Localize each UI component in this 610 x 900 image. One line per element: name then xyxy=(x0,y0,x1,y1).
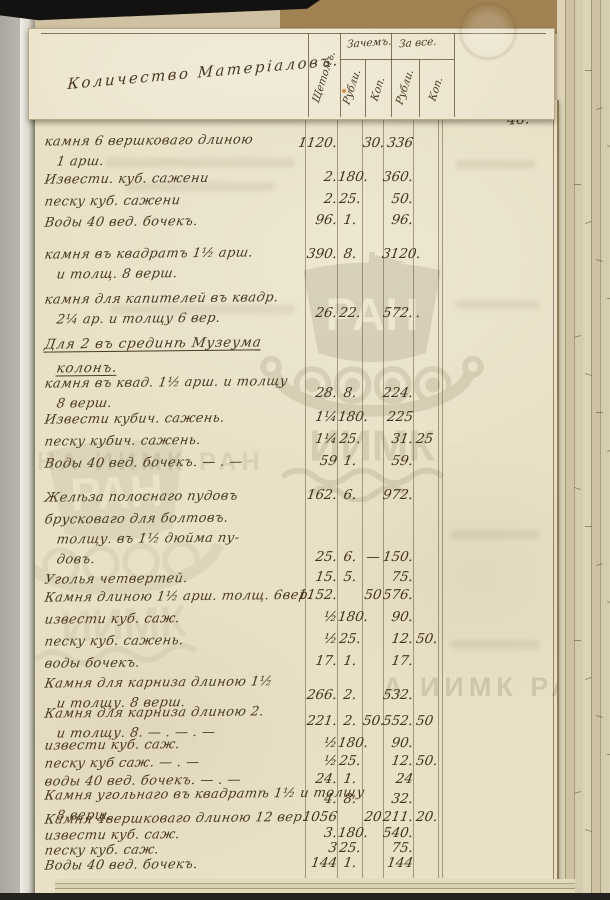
qty-value: 25. xyxy=(292,548,339,566)
rub2-value: 144 xyxy=(381,854,415,872)
kop2-value: 50. xyxy=(415,752,442,770)
fore-edge-mark xyxy=(596,259,603,262)
ledger-page: 46. РАН ИИМК xyxy=(35,100,559,895)
fore-edge-mark xyxy=(596,412,603,413)
qty-value: ½ xyxy=(292,734,339,752)
archival-photo: 46. РАН ИИМК xyxy=(0,0,610,900)
rub1-value: 25. xyxy=(337,430,364,448)
fore-edge-mark xyxy=(585,526,592,527)
rub2-value: 31. xyxy=(381,430,415,448)
column-header-kop: Коп. xyxy=(363,56,394,120)
rub1-value: 180. xyxy=(337,168,364,186)
rub2-value: 50. xyxy=(381,190,415,208)
fore-edge-mark xyxy=(574,487,581,490)
binding-edge xyxy=(20,0,35,900)
rub1-value: 6. xyxy=(337,548,364,566)
ledger-row: камня 6 вершковаго длиною1 арш.1120.30.3… xyxy=(35,130,557,170)
page-title: Количество Матеріаловъ. xyxy=(67,51,340,93)
rub1-value: 5. xyxy=(337,568,364,586)
qty-value: ½ xyxy=(292,752,339,770)
kop2-value: 50. xyxy=(415,630,442,648)
fore-edge-mark xyxy=(596,715,603,718)
rub1-value: 22. xyxy=(337,304,364,322)
rub1-value: 6. xyxy=(337,486,364,504)
column-rule xyxy=(419,59,420,117)
photo-backdrop xyxy=(0,0,22,900)
ledger-row: камня въ квадратъ 1½ арш.и толщ. 8 верш.… xyxy=(35,243,557,283)
fore-edge-mark xyxy=(585,221,592,224)
rub1-value: 180. xyxy=(337,734,364,752)
embossed-seal xyxy=(452,0,524,64)
rub1-value: 8. xyxy=(337,790,364,808)
rub2-value: 90. xyxy=(381,734,415,752)
rub2-value: 32. xyxy=(381,790,415,808)
rub1-value: 2. xyxy=(337,712,364,730)
qty-value: 4. xyxy=(292,790,339,808)
entry-text: и толщ. 8 верш. xyxy=(35,260,559,285)
qty-value: 390. xyxy=(292,245,339,263)
column-header-kop: Коп. xyxy=(421,56,452,120)
desk-shadow xyxy=(0,893,610,900)
rub1-value: 1. xyxy=(337,652,364,670)
column-header-rub: Рубли. xyxy=(337,54,368,120)
qty-value: 17. xyxy=(292,652,339,670)
ledger-row: Желѣза полоснаго пудовъ162.6.972. xyxy=(35,486,557,506)
rub2-value: 17. xyxy=(381,652,415,670)
rub2-value: 336 xyxy=(381,134,415,152)
fore-edge-mark xyxy=(585,373,592,376)
rub2-value: 12. xyxy=(381,752,415,770)
ledger-row: песку куб. сажени2.25.50. xyxy=(35,190,557,210)
qty-value: 221. xyxy=(292,712,339,730)
fore-edge-mark xyxy=(574,791,581,794)
rub2-value: 225 xyxy=(381,408,415,426)
qty-value: 144 xyxy=(292,854,339,872)
rub2-value: 96. xyxy=(381,211,415,229)
qty-value: 2. xyxy=(292,190,339,208)
ledger-row: песку куб. сажень.½25.12.50. xyxy=(35,630,557,650)
qty-value: ½ xyxy=(292,630,339,648)
page-edge-line xyxy=(553,100,554,895)
rub2-value: 59. xyxy=(381,452,415,470)
fore-edge-mark xyxy=(585,829,592,832)
rub1-value: 1. xyxy=(337,211,364,229)
rub1-value: 1. xyxy=(337,452,364,470)
kop2-value: 25 xyxy=(415,430,442,448)
fore-edge-mark xyxy=(574,640,581,641)
kop2-value: 50 xyxy=(415,712,442,730)
column-header-total-group: За все. xyxy=(399,36,437,51)
fore-edge-mark xyxy=(585,70,592,71)
ledger-row: камня для капителей въ квадр.2¼ ар. и то… xyxy=(35,288,557,328)
ledger-row: Камня длиною 1½ арш. толщ. 6вер.1152.505… xyxy=(35,586,557,606)
rub1-value: 1. xyxy=(337,854,364,872)
fore-edge-mark xyxy=(596,563,603,566)
bottom-page-edges xyxy=(55,879,575,894)
rub2-value: 150. xyxy=(381,548,415,566)
rub1-value: 25. xyxy=(337,190,364,208)
rub1-value: 180. xyxy=(337,608,364,626)
ledger-row: Воды 40 вед. бочекъ.96.1.96. xyxy=(35,211,557,231)
rub1-value: 8. xyxy=(337,245,364,263)
qty-value: 1120. xyxy=(292,134,339,152)
ledger-row: Воды 40 вед. бочекъ.1441.144 xyxy=(35,854,557,874)
qty-value: 96. xyxy=(292,211,339,229)
qty-value: 28. xyxy=(292,384,339,402)
fore-edge-mark xyxy=(596,107,603,110)
kop2-value: . xyxy=(415,304,442,322)
ledger-row: песку кубич. сажень.1¼25.31.25 xyxy=(35,430,557,450)
qty-value: 1152. xyxy=(292,586,339,604)
qty-value: 26. xyxy=(292,304,339,322)
qty-value: ½ xyxy=(292,608,339,626)
ledger-row: воды бочекъ.17.1.17. xyxy=(35,652,557,672)
ledger-row: Извести кубич. сажень.1¼180.225 xyxy=(35,408,557,428)
book-fore-edge xyxy=(557,0,610,894)
fore-edge-mark xyxy=(574,335,581,338)
fore-edge-mark xyxy=(585,677,592,680)
ledger-row: Извести. куб. сажени2.180.360. xyxy=(35,168,557,188)
ledger-row: извести куб. саж.½180.90. xyxy=(35,608,557,628)
qty-value: 59 xyxy=(292,452,339,470)
rub2-value: 3120. xyxy=(381,245,415,263)
ledger-row: брусковаго для болтовъ.толщу. въ 1½ дюйм… xyxy=(35,508,557,568)
rub2-value: 224. xyxy=(381,384,415,402)
rub1-value: 25. xyxy=(337,752,364,770)
column-header-price-group: Зачемъ. xyxy=(347,35,392,50)
rub2-value: 90. xyxy=(381,608,415,626)
rub2-value: 75. xyxy=(381,568,415,586)
qty-value: 1¼ xyxy=(292,430,339,448)
qty-value: 15. xyxy=(292,568,339,586)
photo-black-corner xyxy=(0,0,320,22)
column-header-rub: Рубли. xyxy=(390,54,421,120)
fore-edge-mark xyxy=(574,184,581,185)
rub2-value: 360. xyxy=(381,168,415,186)
rub2-value: 552. xyxy=(381,712,415,730)
qty-value: 2. xyxy=(292,168,339,186)
rub1-value: 25. xyxy=(337,630,364,648)
qty-value: 162. xyxy=(292,486,339,504)
rub2-value: 576. xyxy=(381,586,415,604)
rub1-value: 180. xyxy=(337,408,364,426)
rub2-value: 12. xyxy=(381,630,415,648)
rub1-value: 8. xyxy=(337,384,364,402)
ledger-row: Воды 40 вед. бочекъ. — . —591.59. xyxy=(35,452,557,472)
rub2-value: 972. xyxy=(381,486,415,504)
rub2-value: 572. xyxy=(381,304,415,322)
qty-value: 1¼ xyxy=(292,408,339,426)
